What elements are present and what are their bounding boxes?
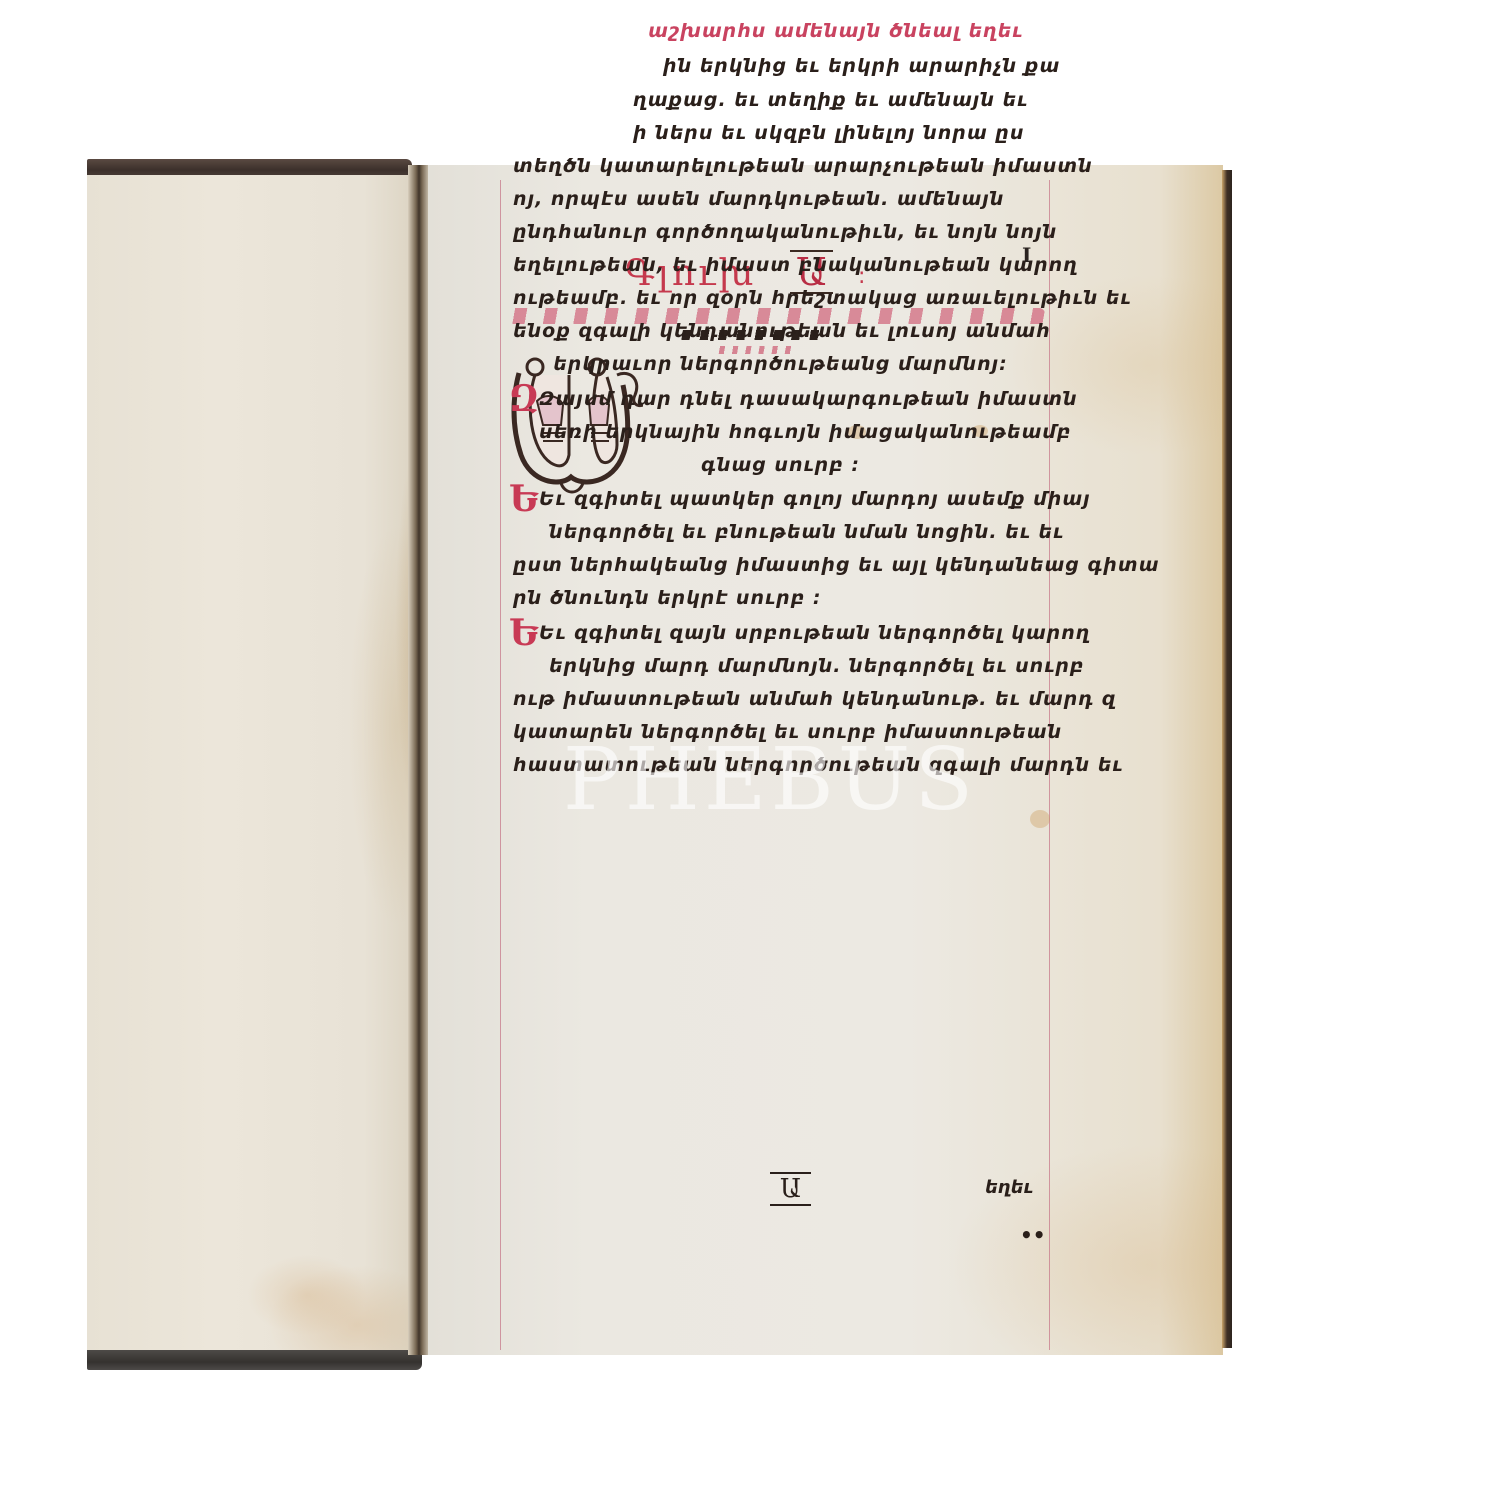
watermark: PHEBUS	[540, 730, 1000, 830]
text-line: սեռի երկնային հոգւոյն իմացականութեամբ	[539, 421, 1071, 443]
text-line: Եւ զգիտել զայն սրբութեան ներգործել կարող	[539, 622, 1090, 644]
text-line: Զայսմ դար դնել դասակարգութեան իմաստն	[539, 388, 1078, 410]
catchword: եղեւ	[985, 1177, 1033, 1198]
text-line: ին երկնից եւ երկրի արարիչն քա	[663, 55, 1060, 77]
closing-mark: ••	[1020, 1223, 1046, 1247]
text-line: ի ներս եւ սկզբն լինելոյ նորա ըս	[633, 122, 1024, 144]
front-cover-edge	[1222, 170, 1232, 1348]
open-manuscript: I Գլուխ Ա : աշխարհս ամենայն ծնեալ եղեւ ի…	[0, 0, 1500, 1500]
rubricated-initial: Ե	[509, 478, 539, 520]
back-cover-bottom-edge	[87, 1350, 422, 1370]
text-line: տեղծն կատարելութեան արարչութեան իմաստն	[513, 155, 1093, 177]
text-line: երկրաւոր ներգործութեանց մարմնոյ:	[513, 353, 1048, 375]
text-line: ենօք զգալի կենդանութեան եւ լուսոյ անմահ	[513, 320, 1051, 342]
text-line: ութեամբ. եւ որ զօրն հրեշտակաց առաւելութի…	[513, 287, 1131, 309]
foxing-stain	[1030, 810, 1050, 828]
text-line: գնաց սուրբ :	[513, 454, 1048, 476]
text-line: ղաքաց. եւ տեղիք եւ ամենայն եւ	[633, 89, 1028, 111]
text-line: Եւ զգիտել պատկեր գոլոյ մարդոյ ասեմք միայ	[539, 488, 1091, 510]
book-gutter	[408, 165, 430, 1355]
text-line: ոյ, որպէս ասեն մարդկութեան. ամենայն	[513, 188, 1004, 210]
text-line: աշխարհս ամենայն ծնեալ եղեւ	[648, 20, 1023, 42]
text-line: ըստ ներհակեանց իմաստից եւ այլ կենդանեաց …	[513, 554, 1159, 576]
left-margin-rule	[500, 180, 501, 1350]
left-flyleaf-page	[87, 175, 412, 1352]
rubricated-initial: Ե	[509, 612, 539, 654]
text-line: ընդհանուր գործողականութիւն, եւ նոյն նոյն	[513, 221, 1057, 243]
quire-signature: Ա	[770, 1172, 811, 1206]
rubricated-initial: Զ	[509, 378, 539, 420]
text-line: երկնից մարդ մարմնոյն. ներգործել եւ սուրբ	[549, 655, 1084, 677]
text-line: րն ծնունդն երկրէ սուրբ :	[513, 587, 821, 609]
text-line: ներգործել եւ բնութեան նման նոցին. եւ եւ	[549, 521, 1064, 543]
text-line: եղելութեան, եւ իմաստ բնականութեան կարող	[513, 254, 1078, 276]
text-line: ութ իմաստութեան անմահ կենդանութ. եւ մարդ…	[513, 688, 1116, 710]
